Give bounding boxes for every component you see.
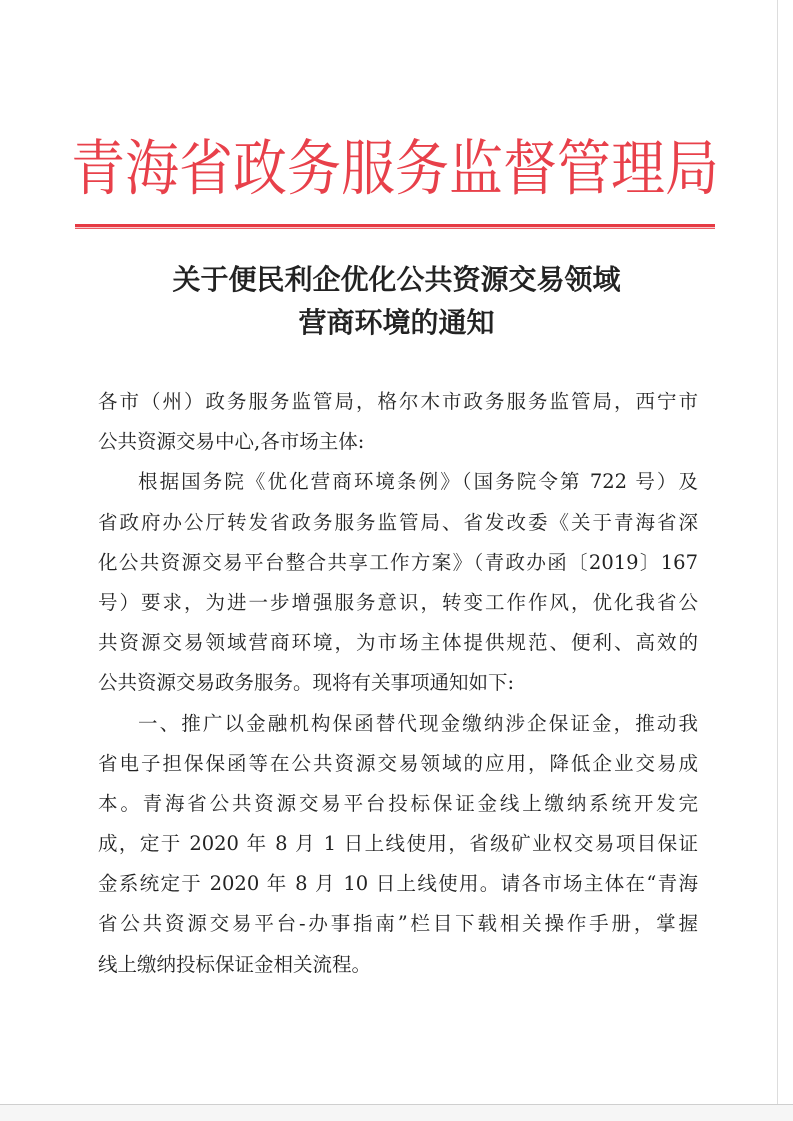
body-line: 号）要求，为进一步增强服务意识，转变工作作风，优化我省公 xyxy=(98,583,698,623)
body-line: 省政府办公厅转发省政务服务监管局、省发改委《关于青海省深 xyxy=(98,503,698,543)
body-line: 根据国务院《优化营商环境条例》（国务院令第 722 号）及 xyxy=(98,462,698,502)
body-line: 各市（州）政务服务监管局，格尔木市政务服务监管局，西宁市 xyxy=(98,382,698,422)
body-line: 金系统定于 2020 年 8 月 10 日上线使用。请各市场主体在“青海 xyxy=(98,864,698,904)
body-line: 共资源交易领域营商环境，为市场主体提供规范、便利、高效的 xyxy=(98,623,698,663)
notice-body: 各市（州）政务服务监管局，格尔木市政务服务监管局，西宁市 公共资源交易中心,各市… xyxy=(98,382,698,985)
body-line: 化公共资源交易平台整合共享工作方案》（青政办函〔2019〕167 xyxy=(98,543,698,583)
body-line: 成，定于 2020 年 8 月 1 日上线使用，省级矿业权交易项目保证 xyxy=(98,824,698,864)
notice-title-line-2: 营商环境的通知 xyxy=(100,301,693,341)
body-line: 公共资源交易中心,各市场主体: xyxy=(98,422,698,462)
body-line: 省公共资源交易平台-办事指南”栏目下载相关操作手册，掌握 xyxy=(98,904,698,944)
notice-title-line-1: 关于便民利企优化公共资源交易领域 xyxy=(100,258,693,298)
scan-edge xyxy=(777,0,778,1105)
body-line: 公共资源交易政务服务。现将有关事项通知如下: xyxy=(98,663,698,703)
red-header-rule xyxy=(75,224,715,230)
issuer-masthead: 青海省政务服务监督管理局 xyxy=(70,128,720,211)
document-page: 青海省政务服务监督管理局 关于便民利企优化公共资源交易领域 营商环境的通知 各市… xyxy=(0,0,793,1121)
body-line: 本。青海省公共资源交易平台投标保证金线上缴纳系统开发完 xyxy=(98,784,698,824)
body-line: 线上缴纳投标保证金相关流程。 xyxy=(98,945,698,985)
body-line: 省电子担保保函等在公共资源交易领域的应用，降低企业交易成 xyxy=(98,744,698,784)
scan-edge xyxy=(0,1104,793,1121)
body-line: 一、推广以金融机构保函替代现金缴纳涉企保证金，推动我 xyxy=(98,704,698,744)
